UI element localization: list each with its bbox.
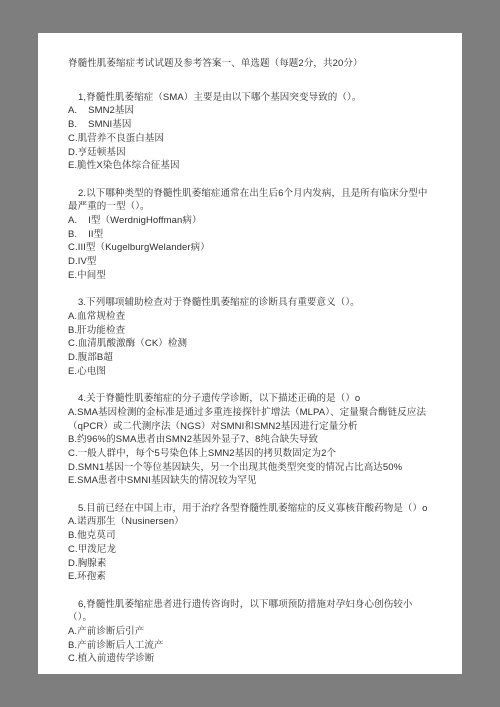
question-stem: 4.关于脊髓性肌萎缩症的分子遗传学诊断，以下描述正确的是（）o (68, 392, 432, 406)
option-line: D.SMN1基因一个等位基因缺失，另一个出现其他类型突变的情况占比高达50% (68, 461, 432, 475)
option-line: D.IV型 (68, 255, 432, 269)
option-line: B.他克莫司 (68, 529, 432, 543)
document-title: 脊髓性肌萎缩症考试试题及参考答案一、单选题（每题2分，共20分） (68, 57, 432, 71)
question-block-3: 3.下列哪项辅助检查对于脊髓性肌萎缩症的诊断具有重要意义（）。 A.血常规检查 … (68, 296, 432, 378)
question-stem: 1,脊髓性肌萎缩症（SMA）主要是由以下哪个基因突变导致的（）。 (68, 91, 432, 105)
option-line: D.亨廷顿基因 (68, 146, 432, 160)
option-line: A.SMA基因检测的金标准是通过多重连接探针扩增法（MLPA）、定量聚合酶链反应… (68, 406, 432, 433)
option-line: A.血常规检查 (68, 310, 432, 324)
option-line: C.植入前遗传学诊断 (68, 652, 432, 666)
option-line: B. II型 (68, 228, 432, 242)
option-line: C.甲泼尼龙 (68, 543, 432, 557)
option-line: E.环孢素 (68, 570, 432, 584)
option-line: D.腹部B超 (68, 351, 432, 365)
question-stem: 5.目前已经在中国上市，用于治疗各型脊髓性肌萎缩症的反义寡核苷酸药物是（）o (68, 502, 432, 516)
option-line: B.肝功能检查 (68, 324, 432, 338)
option-line: E.中间型 (68, 269, 432, 283)
option-line: B.产前诊断后人工流产 (68, 639, 432, 653)
option-line: E.SMA患者中SMNI基因缺失的情况较为罕见 (68, 474, 432, 488)
option-line: B.约96%的SMA患者由SMN2基因外显子7、8纯合缺失导致 (68, 433, 432, 447)
exam-document-page: 脊髓性肌萎缩症考试试题及参考答案一、单选题（每题2分，共20分） 1,脊髓性肌萎… (38, 33, 462, 674)
option-line: C.肌营养不良蛋白基因 (68, 132, 432, 146)
option-line: C.一般人群中，每个5号染色体上SMN2基因的拷贝数固定为2个 (68, 447, 432, 461)
question-stem: 6,脊髓性肌萎缩症患者进行遗传咨询时，以下哪项预防措施对孕妇身心创伤较小（）。 (68, 598, 432, 625)
question-block-2: 2.以下哪种类型的脊髓性肌萎缩症通常在出生后6个月内发病，且是所有临床分型中最严… (68, 187, 432, 283)
option-line: C.III型（KugelburgWelander病） (68, 241, 432, 255)
option-line: A.产前诊断后引产 (68, 625, 432, 639)
option-line: E.心电图 (68, 365, 432, 379)
question-block-1: 1,脊髓性肌萎缩症（SMA）主要是由以下哪个基因突变导致的（）。 A. SMN2… (68, 91, 432, 173)
option-line: E.脆性X染色体综合征基因 (68, 159, 432, 173)
option-line: A. I型（WerdnigHoffman病） (68, 214, 432, 228)
question-stem: 2.以下哪种类型的脊髓性肌萎缩症通常在出生后6个月内发病，且是所有临床分型中最严… (68, 187, 432, 214)
option-line: D.胸腺素 (68, 557, 432, 571)
option-line: A.诺西那生（Nusinersen） (68, 515, 432, 529)
question-block-4: 4.关于脊髓性肌萎缩症的分子遗传学诊断，以下描述正确的是（）o A.SMA基因检… (68, 392, 432, 488)
question-block-5: 5.目前已经在中国上市，用于治疗各型脊髓性肌萎缩症的反义寡核苷酸药物是（）o A… (68, 502, 432, 584)
option-line: B. SMNI基因 (68, 118, 432, 132)
option-line: A. SMN2基因 (68, 104, 432, 118)
question-stem: 3.下列哪项辅助检查对于脊髓性肌萎缩症的诊断具有重要意义（）。 (68, 296, 432, 310)
option-line: C.血清肌酸激酶（CK）检测 (68, 337, 432, 351)
question-block-6: 6,脊髓性肌萎缩症患者进行遗传咨询时，以下哪项预防措施对孕妇身心创伤较小（）。 … (68, 598, 432, 667)
